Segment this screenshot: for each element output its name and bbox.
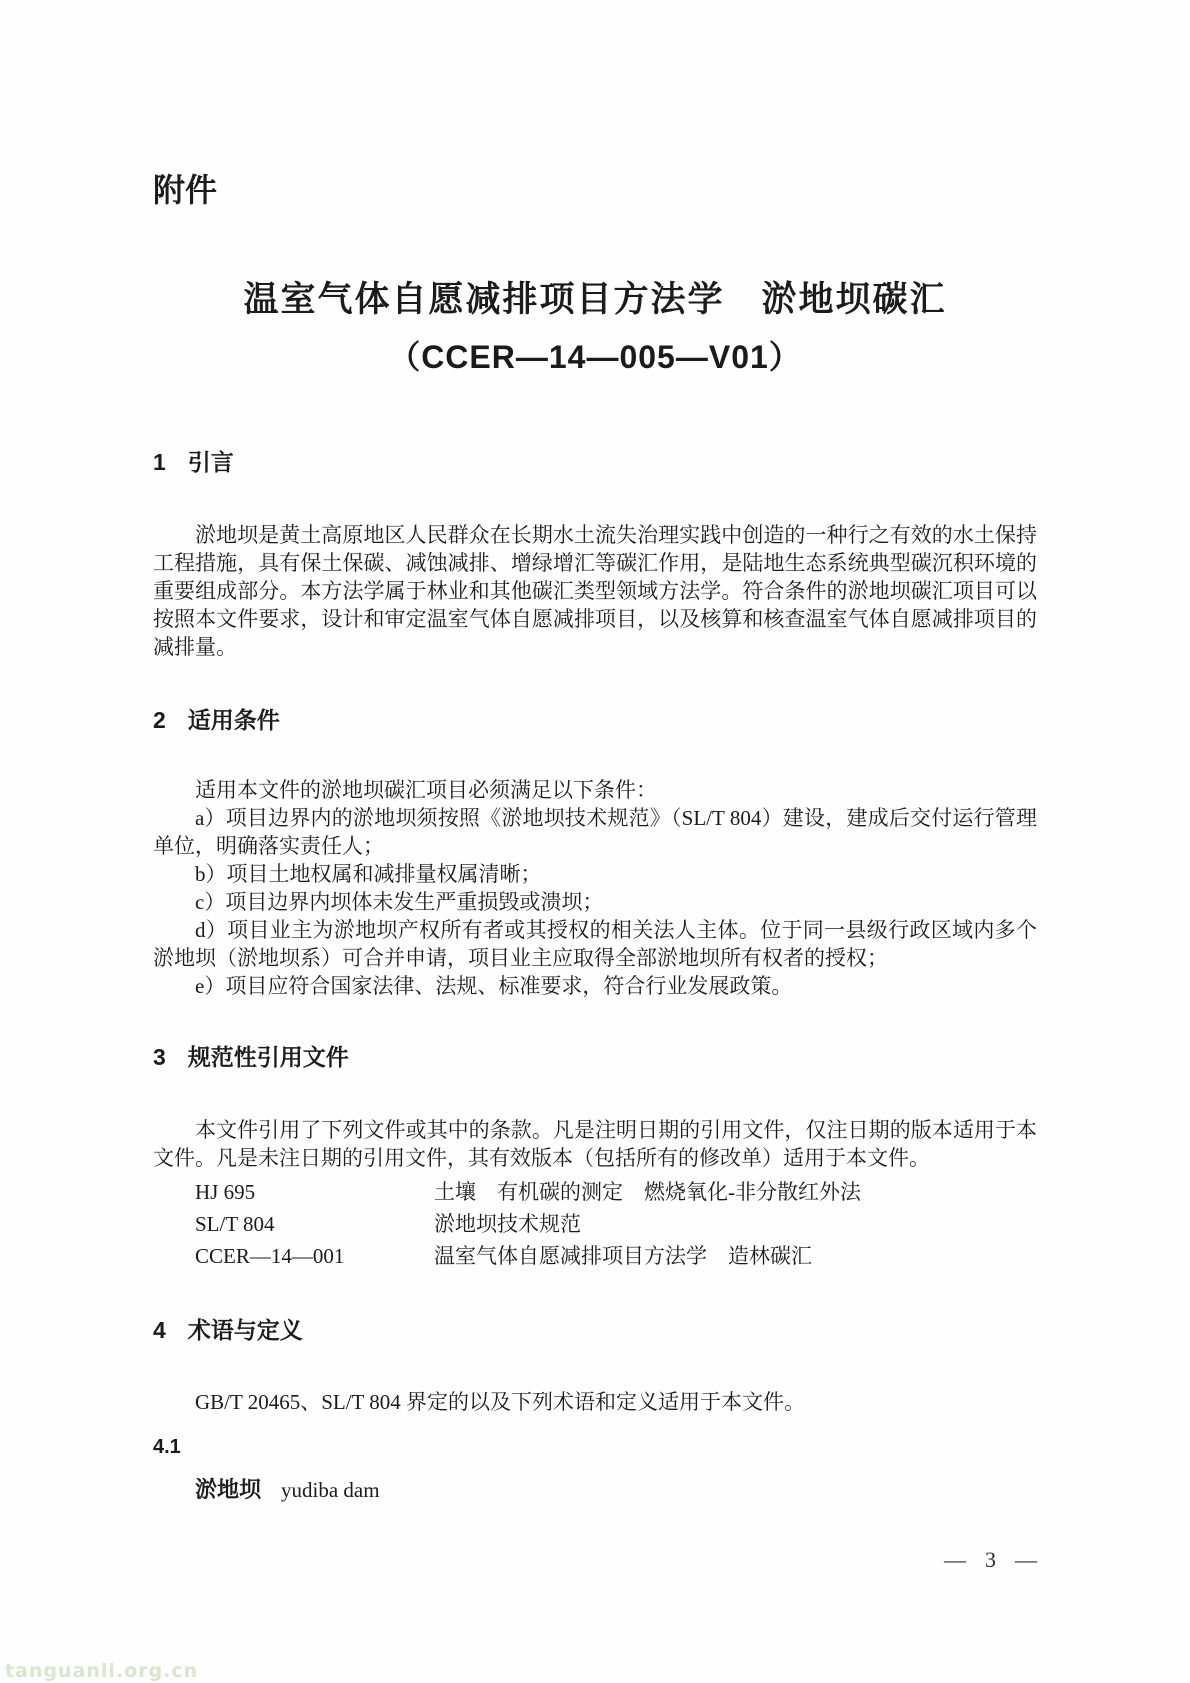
section-2-heading: 2适用条件 [153, 705, 1037, 735]
condition-item-b: b）项目土地权属和减排量权属清晰； [153, 860, 1037, 888]
page-number-dash-left: — [944, 1547, 966, 1572]
term-definition-line: 淤地坝yudiba dam [153, 1475, 1037, 1505]
condition-item-c: c）项目边界内坝体未发生严重损毁或溃坝； [153, 888, 1037, 916]
reference-title: 土壤 有机碳的测定 燃烧氧化-非分散红外法 [434, 1176, 1037, 1208]
attachment-label: 附件 [153, 172, 1037, 208]
condition-item-e: e）项目应符合国家法律、法规、标准要求，符合行业发展政策。 [153, 972, 1037, 1000]
term-number: 4.1 [153, 1434, 1037, 1460]
reference-code: HJ 695 [195, 1176, 434, 1208]
section-4-title: 术语与定义 [188, 1317, 303, 1343]
section-1-title: 引言 [188, 449, 234, 475]
page-number-value: 3 [985, 1547, 996, 1572]
condition-item-d: d）项目业主为淤地坝产权所有者或其授权的相关法人主体。位于同一县级行政区域内多个… [153, 916, 1037, 972]
reference-code: CCER—14—001 [195, 1240, 434, 1272]
section-1-number: 1 [153, 447, 166, 477]
section-3-intro: 本文件引用了下列文件或其中的条款。凡是注明日期的引用文件，仅注日期的版本适用于本… [153, 1116, 1037, 1172]
condition-item-a: a）项目边界内的淤地坝须按照《淤地坝技术规范》（SL/T 804）建设，建成后交… [153, 804, 1037, 860]
watermark: tanguanli.org.cn [5, 1660, 198, 1682]
document-content: 附件 温室气体自愿减排项目方法学 淤地坝碳汇 （CCER—14—005—V01）… [0, 0, 1190, 1505]
section-3-heading: 3规范性引用文件 [153, 1042, 1037, 1072]
section-3-title: 规范性引用文件 [188, 1044, 349, 1070]
section-2-intro: 适用本文件的淤地坝碳汇项目必须满足以下条件： [153, 776, 1037, 804]
section-1-paragraph: 淤地坝是黄土高原地区人民群众在长期水土流失治理实践中创造的一种行之有效的水土保持… [153, 521, 1037, 661]
reference-title: 淤地坝技术规范 [434, 1208, 1037, 1240]
section-1-heading: 1引言 [153, 447, 1037, 477]
term-zh: 淤地坝 [195, 1477, 261, 1502]
reference-code: SL/T 804 [195, 1208, 434, 1240]
reference-list: HJ 695 土壤 有机碳的测定 燃烧氧化-非分散红外法 SL/T 804 淤地… [153, 1176, 1037, 1272]
section-4-intro: GB/T 20465、SL/T 804 界定的以及下列术语和定义适用于本文件。 [153, 1388, 1037, 1416]
document-title: 温室气体自愿减排项目方法学 淤地坝碳汇 [153, 277, 1037, 323]
section-2-number: 2 [153, 705, 166, 735]
section-2-title: 适用条件 [188, 707, 280, 733]
reference-title: 温室气体自愿减排项目方法学 造林碳汇 [434, 1240, 1037, 1272]
section-3-number: 3 [153, 1042, 166, 1072]
document-code: （CCER—14—005—V01） [153, 335, 1037, 379]
reference-row: HJ 695 土壤 有机碳的测定 燃烧氧化-非分散红外法 [153, 1176, 1037, 1208]
page-number: —3— [944, 1546, 1037, 1574]
section-4-heading: 4术语与定义 [153, 1315, 1037, 1345]
reference-row: CCER—14—001 温室气体自愿减排项目方法学 造林碳汇 [153, 1240, 1037, 1272]
page-number-dash-right: — [1015, 1547, 1037, 1572]
reference-row: SL/T 804 淤地坝技术规范 [153, 1208, 1037, 1240]
section-4-number: 4 [153, 1315, 166, 1345]
document-page: 附件 温室气体自愿减排项目方法学 淤地坝碳汇 （CCER—14—005—V01）… [0, 0, 1190, 1683]
term-en: yudiba dam [281, 1478, 380, 1502]
